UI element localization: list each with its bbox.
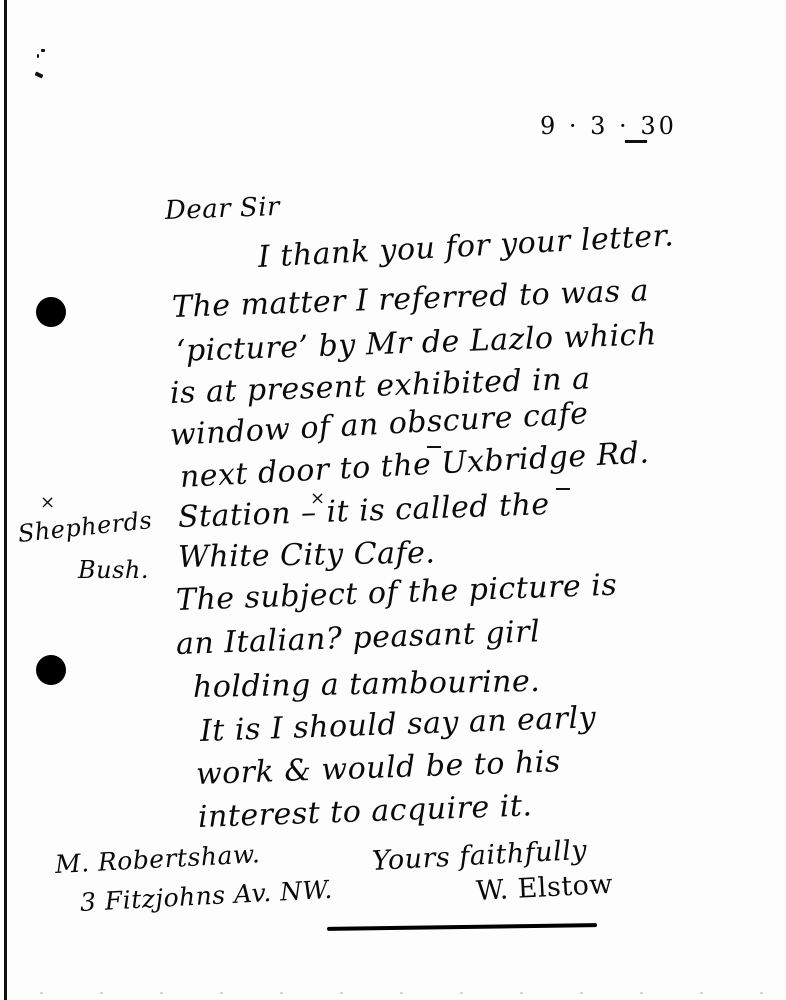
signature: W. Elstow xyxy=(475,869,614,907)
body-line-8: White City Cafe. xyxy=(178,536,436,575)
punch-hole-top xyxy=(36,297,66,327)
recipient-name: M. Robertshaw. xyxy=(54,839,261,879)
body-line-2: The matter I referred to was a xyxy=(171,273,649,325)
margin-note-line-2: Bush. xyxy=(78,556,149,584)
date-underline xyxy=(625,140,647,143)
signature-underline xyxy=(327,923,597,931)
recipient-address: 3 Fitzjohns Av. NW. xyxy=(79,875,333,917)
letter-date: 9 · 3 · 30 xyxy=(540,112,677,140)
scan-footer-noise xyxy=(40,992,780,994)
body-line-11: holding a tambourine. xyxy=(193,664,541,705)
margin-note-line-1: Shepherds xyxy=(17,506,154,548)
body-line-13: work & would be to his xyxy=(195,744,561,792)
body-line-12: It is I should say an early xyxy=(199,700,596,749)
scan-speck xyxy=(35,71,44,78)
overline-mark xyxy=(556,488,570,490)
body-line-10: an Italian? peasant girl xyxy=(175,614,540,662)
closing-phrase: Yours faithfully xyxy=(371,835,588,877)
body-line-14: interest to acquire it. xyxy=(197,788,533,835)
salutation: Dear Sir xyxy=(164,192,280,226)
scan-speck xyxy=(41,49,45,52)
scanned-letter-page: 9 · 3 · 30 Dear Sir I thank you for your… xyxy=(0,0,786,1000)
body-line-7: Station – it is called the xyxy=(177,487,550,535)
body-line-9: The subject of the picture is xyxy=(175,568,617,618)
margin-note-marker: × xyxy=(40,492,56,513)
page-left-edge-shadow xyxy=(4,0,7,1000)
scan-speck xyxy=(37,54,39,58)
body-line-1: I thank you for your letter. xyxy=(257,218,675,275)
punch-hole-bottom xyxy=(36,655,66,685)
